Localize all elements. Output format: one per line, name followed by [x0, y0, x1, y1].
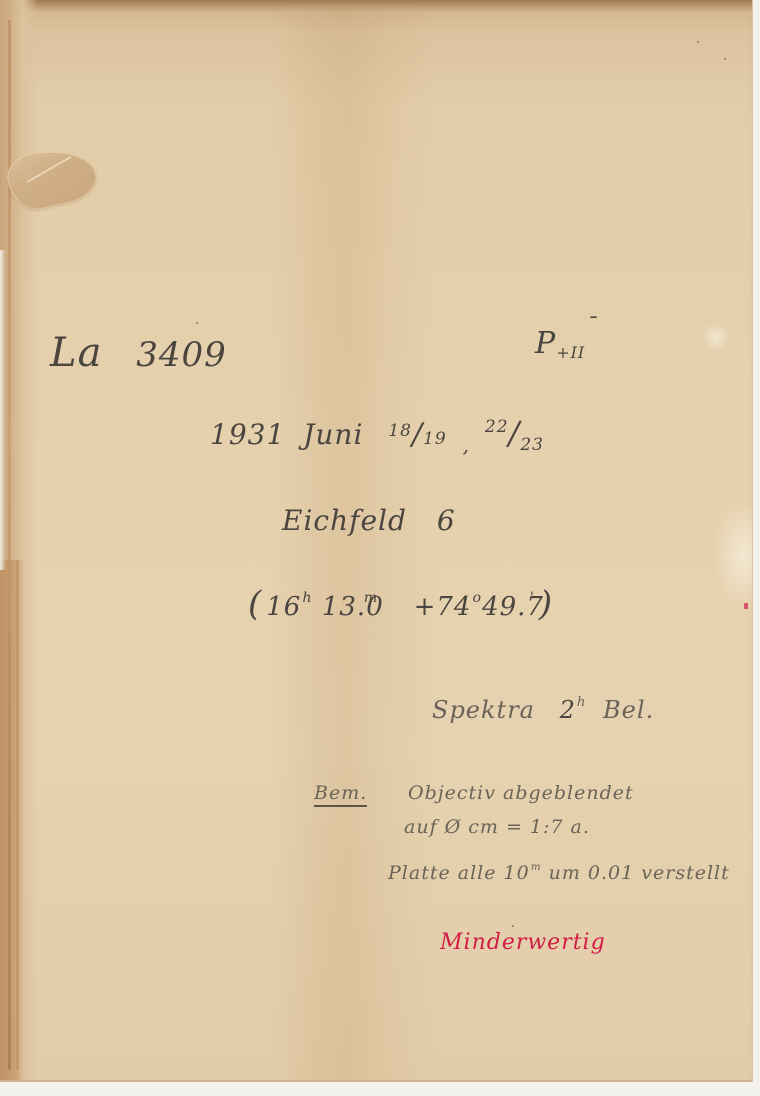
spine-crease-lower — [16, 560, 19, 1070]
exposure-note: Spektra 2h Bel. — [432, 696, 654, 724]
night-2-second: 23 — [520, 435, 544, 455]
ra-minutes-unit: m — [364, 590, 379, 606]
exposure-unit: h — [577, 695, 587, 710]
ra-hours: 16 — [266, 592, 301, 622]
dec-degrees: 74 — [436, 592, 471, 622]
plate-overbar: ¯ — [586, 314, 598, 339]
plate-suffix: +II — [556, 343, 585, 362]
dec-sign: + — [414, 592, 437, 622]
date-separator: , — [463, 433, 470, 457]
field-number: 6 — [437, 504, 456, 537]
paper-speck — [697, 41, 699, 43]
dec-degrees-unit: o — [472, 590, 482, 606]
exposure-value: 2 — [560, 696, 576, 724]
ra-hours-unit: h — [302, 590, 312, 606]
catalog-number: 3409 — [136, 335, 227, 375]
plate-mark: P+II¯ — [535, 326, 598, 361]
remarks-line-3: Platte alle 10m um 0.01 verstellt — [388, 862, 730, 884]
catalog-prefix: La — [50, 330, 102, 376]
envelope-sheet — [0, 0, 753, 1082]
coordinates: (16h 13.0m +74o49.7') — [248, 584, 553, 624]
plate-symbol: P — [535, 326, 556, 361]
exposure-label: Spektra — [432, 696, 535, 724]
observation-date: 1931 Juni 18/19 , 22/23 — [210, 414, 544, 452]
remarks-line-4: um 0.01 verstellt — [549, 862, 730, 884]
field-label: Eichfeld — [282, 504, 407, 537]
remarks-line-2: auf Ø cm = 1:7 a. — [404, 816, 590, 838]
field-designation: Eichfeld 6 — [282, 504, 456, 537]
paper-speck — [724, 58, 726, 60]
remarks-label: Bem. — [314, 782, 367, 804]
night-1-second: 19 — [423, 429, 447, 449]
exposure-suffix: Bel. — [603, 696, 654, 724]
remarks-line-3-sup: m — [531, 861, 542, 873]
night-1: 18/19 — [387, 418, 446, 451]
verdict-stamp: Minderwertig — [440, 930, 606, 955]
remarks-line-3-text: Platte alle 10 — [388, 862, 530, 884]
red-ink-mark — [744, 603, 748, 609]
night-2-first: 22 — [485, 417, 509, 437]
remarks-heading: Bem. — [314, 782, 367, 807]
worn-patch — [712, 500, 752, 610]
date-year: 1931 — [210, 418, 285, 451]
night-2: 22/23 — [484, 418, 544, 451]
remarks-line-1: Objectiv abgeblendet — [408, 782, 634, 804]
edge-gap — [0, 250, 6, 570]
paper-speck — [512, 925, 514, 927]
night-1-first: 18 — [388, 421, 412, 441]
date-month: Juni — [303, 418, 363, 451]
dec-minutes-unit: ' — [530, 590, 535, 606]
lower-left-fold — [0, 560, 24, 1080]
coord-open-paren: ( — [248, 584, 262, 624]
worn-spot — [702, 322, 730, 352]
paper-speck — [196, 322, 198, 324]
catalog-id: La 3409 — [50, 330, 227, 376]
top-fold-edge — [0, 0, 752, 12]
coord-close-paren: ) — [539, 584, 553, 624]
